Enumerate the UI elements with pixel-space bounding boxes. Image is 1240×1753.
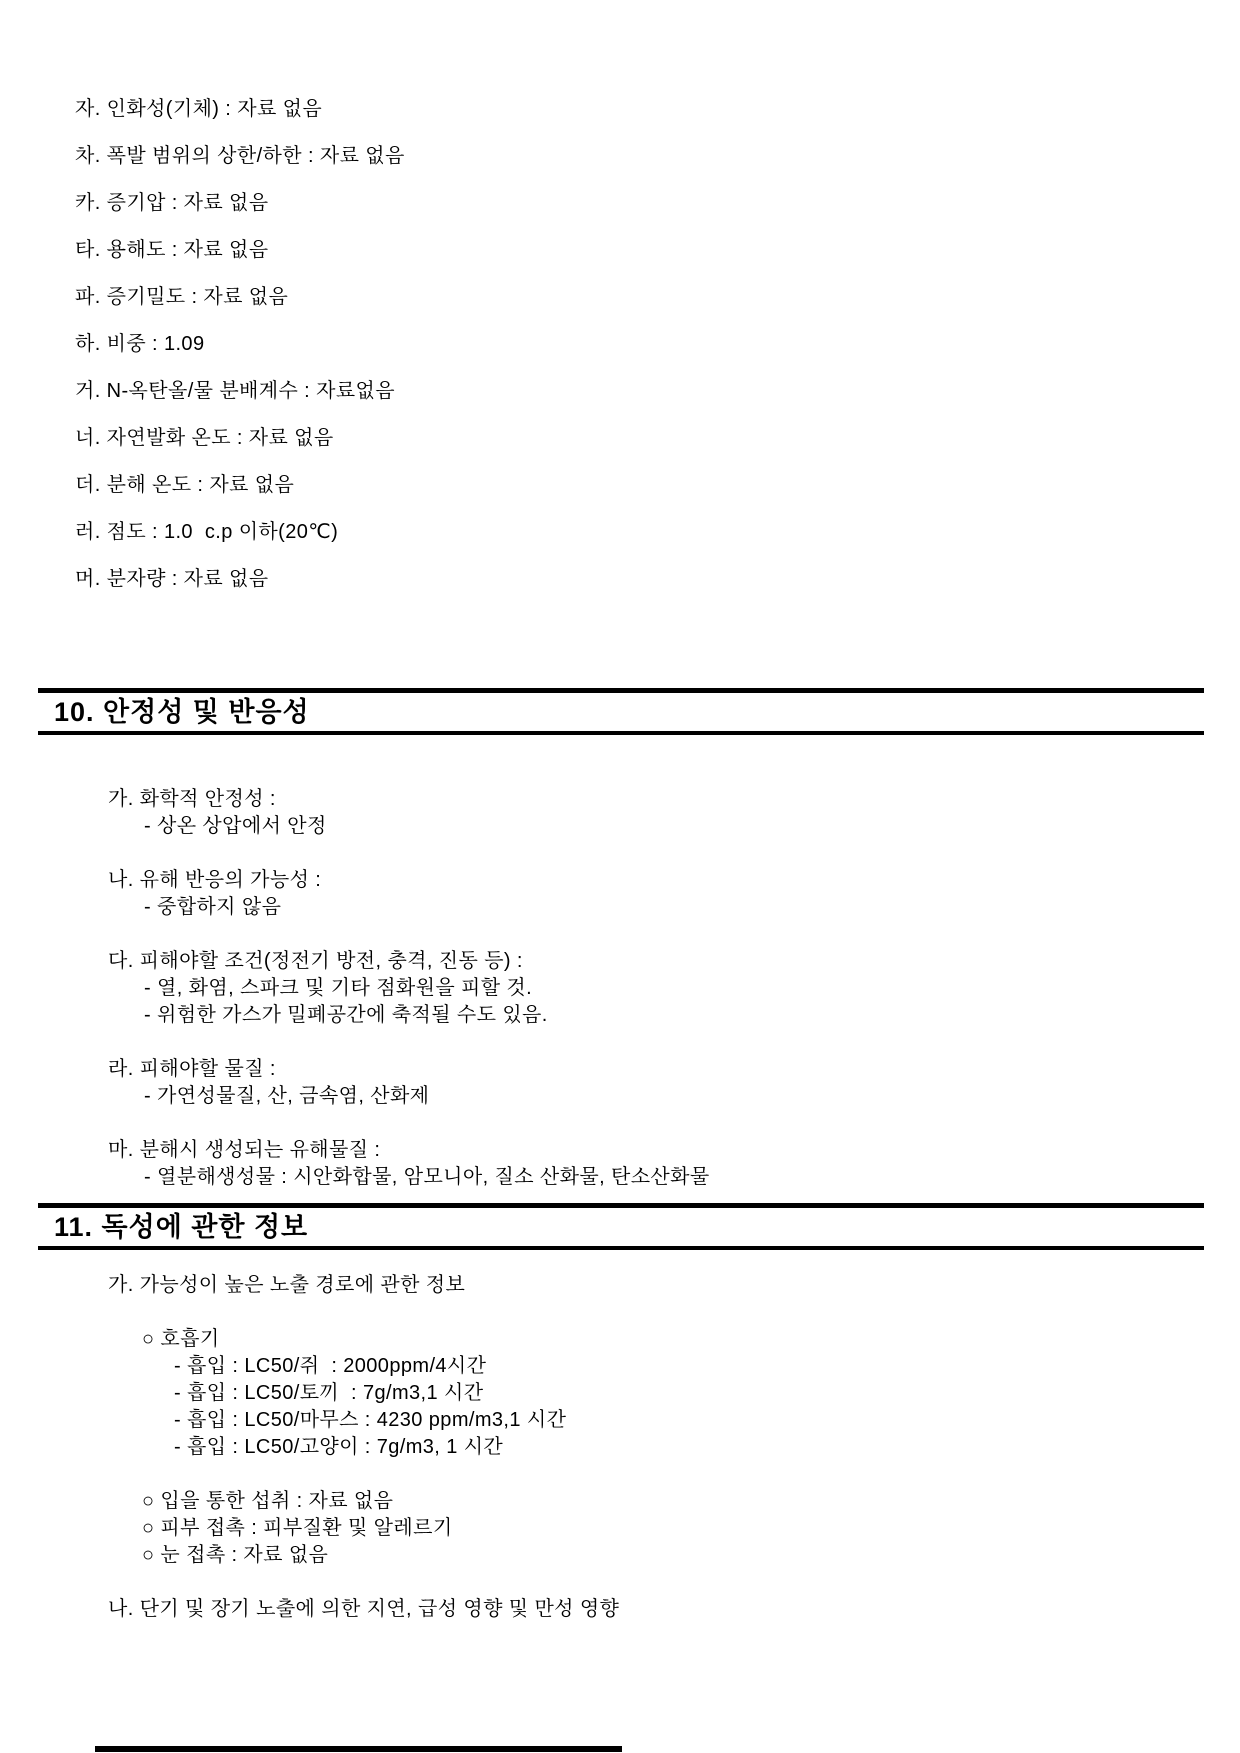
property-item: 파. 증기밀도 : 자료 없음: [75, 286, 405, 308]
short-long-term-effects-heading: 나. 단기 및 장기 노출에 의한 지연, 급성 영향 및 만성 영향: [108, 1596, 619, 1623]
property-item: 더. 분해 온도 : 자료 없음: [75, 474, 405, 496]
property-item: 머. 분자량 : 자료 없음: [75, 568, 405, 590]
route-item: ○ 입을 통한 섭취 : 자료 없음: [108, 1488, 619, 1515]
route-item: ○ 피부 접촉 : 피부질환 및 알레르기: [108, 1515, 619, 1542]
property-item: 차. 폭발 범위의 상한/하한 : 자료 없음: [75, 145, 405, 167]
property-item: 너. 자연발화 온도 : 자료 없음: [75, 427, 405, 449]
group-subitem: - 가연성물질, 산, 금속염, 산화제: [108, 1083, 710, 1110]
section-10-body: 가. 화학적 안정성 : - 상온 상압에서 안정 나. 유해 반응의 가능성 …: [108, 786, 710, 1218]
stability-group: 가. 화학적 안정성 : - 상온 상압에서 안정: [108, 786, 710, 840]
group-heading: 가. 화학적 안정성 :: [108, 786, 710, 813]
group-heading: 라. 피해야할 물질 :: [108, 1056, 710, 1083]
property-item: 자. 인화성(기체) : 자료 없음: [75, 98, 405, 120]
group-subitem: - 중합하지 않음: [108, 894, 710, 921]
hazardous-reaction-group: 나. 유해 반응의 가능성 : - 중합하지 않음: [108, 867, 710, 921]
inhalation-item: - 흡입 : LC50/고양이 : 7g/m3, 1 시간: [108, 1434, 619, 1461]
respiratory-heading: ○ 호흡기: [108, 1326, 619, 1353]
property-item: 카. 증기압 : 자료 없음: [75, 192, 405, 214]
conditions-to-avoid-group: 다. 피해야할 조건(정전기 방전, 충격, 진동 등) : - 열, 화염, …: [108, 948, 710, 1029]
inhalation-item: - 흡입 : LC50/마무스 : 4230 ppm/m3,1 시간: [108, 1407, 619, 1434]
group-subitem: - 상온 상압에서 안정: [108, 813, 710, 840]
property-item: 거. N-옥탄올/물 분배계수 : 자료없음: [75, 380, 405, 402]
section-11-header: 11. 독성에 관한 정보: [38, 1203, 1204, 1250]
group-subitem: - 열, 화염, 스파크 및 기타 점화원을 피할 것.: [108, 975, 710, 1002]
physical-properties-list: 자. 인화성(기체) : 자료 없음 차. 폭발 범위의 상한/하한 : 자료 …: [75, 98, 405, 615]
respiratory-block: ○ 호흡기 - 흡입 : LC50/쥐 : 2000ppm/4시간 - 흡입 :…: [108, 1326, 619, 1461]
property-item: 타. 용해도 : 자료 없음: [75, 239, 405, 261]
group-heading: 나. 유해 반응의 가능성 :: [108, 867, 710, 894]
group-subitem: - 위험한 가스가 밀폐공간에 축적될 수도 있음.: [108, 1002, 710, 1029]
group-heading: 마. 분해시 생성되는 유해물질 :: [108, 1137, 710, 1164]
section-10-title: 10. 안정성 및 반응성: [38, 693, 1204, 731]
property-item: 하. 비중 : 1.09: [75, 333, 405, 355]
group-subitem: - 열분해생성물 : 시안화합물, 암모니아, 질소 산화물, 탄소산화물: [108, 1164, 710, 1191]
section-11-title: 11. 독성에 관한 정보: [38, 1208, 1204, 1246]
decomposition-products-group: 마. 분해시 생성되는 유해물질 : - 열분해생성물 : 시안화합물, 암모니…: [108, 1137, 710, 1191]
page-bottom-partial-rule: [95, 1746, 622, 1752]
section-10-header: 10. 안정성 및 반응성: [38, 688, 1204, 735]
exposure-routes-heading: 가. 가능성이 높은 노출 경로에 관한 정보: [108, 1272, 619, 1299]
group-heading: 다. 피해야할 조건(정전기 방전, 충격, 진동 등) :: [108, 948, 710, 975]
route-item: ○ 눈 접촉 : 자료 없음: [108, 1542, 619, 1569]
msds-document-page: 자. 인화성(기체) : 자료 없음 차. 폭발 범위의 상한/하한 : 자료 …: [0, 0, 1240, 1753]
materials-to-avoid-group: 라. 피해야할 물질 : - 가연성물질, 산, 금속염, 산화제: [108, 1056, 710, 1110]
section-11-rule-bottom: [38, 1246, 1204, 1250]
inhalation-item: - 흡입 : LC50/쥐 : 2000ppm/4시간: [108, 1353, 619, 1380]
inhalation-item: - 흡입 : LC50/토끼 : 7g/m3,1 시간: [108, 1380, 619, 1407]
section-10-rule-bottom: [38, 731, 1204, 735]
property-item: 러. 점도 : 1.0 c.p 이하(20℃): [75, 521, 405, 543]
other-routes-block: ○ 입을 통한 섭취 : 자료 없음 ○ 피부 접촉 : 피부질환 및 알레르기…: [108, 1488, 619, 1569]
section-11-body: 가. 가능성이 높은 노출 경로에 관한 정보 ○ 호흡기 - 흡입 : LC5…: [108, 1272, 619, 1623]
